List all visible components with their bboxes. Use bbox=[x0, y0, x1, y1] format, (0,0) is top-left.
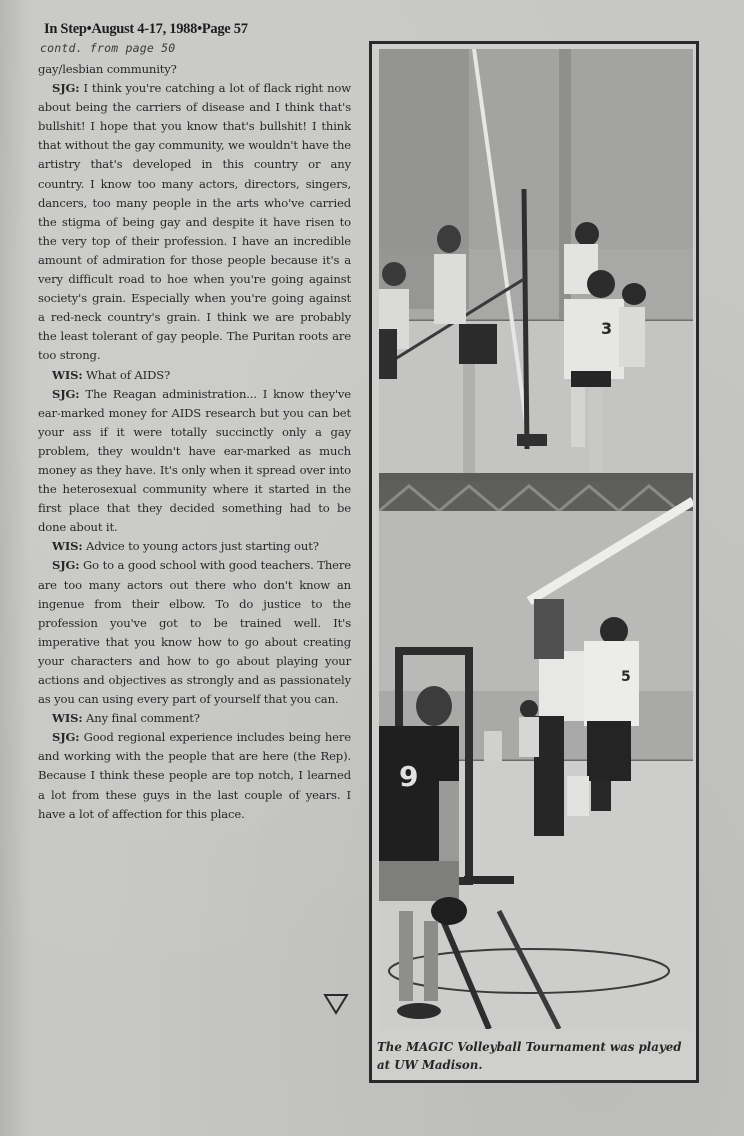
paragraph-text: The Reagan administration... I know they… bbox=[38, 387, 351, 535]
speaker-label: SJG: bbox=[52, 730, 79, 744]
svg-text:9: 9 bbox=[399, 760, 418, 793]
running-head: In Step•August 4-17, 1988•Page 57 bbox=[44, 21, 248, 38]
photo-caption: The MAGIC Volleyball Tournament was play… bbox=[377, 1038, 687, 1074]
article-paragraph: SJG: The Reagan administration... I know… bbox=[38, 385, 351, 538]
article-text-column: gay/lesbian community? SJG: I think you'… bbox=[38, 60, 351, 824]
speaker-label: WIS: bbox=[52, 539, 83, 553]
speaker-label: SJG: bbox=[52, 81, 79, 95]
article-paragraph: SJG: Go to a good school with good teach… bbox=[38, 556, 351, 709]
paragraph-text: I think you're catching a lot of flack r… bbox=[38, 81, 351, 362]
paragraph-text: What of AIDS? bbox=[83, 368, 171, 382]
volleyball-photo-top: 3 bbox=[379, 49, 693, 481]
paragraph-text: Any final comment? bbox=[83, 711, 200, 725]
speaker-label: WIS: bbox=[52, 711, 83, 725]
photo-image-icon: 5 9 bbox=[379, 481, 693, 1029]
volleyball-photo-bottom: 5 9 bbox=[379, 481, 693, 1029]
paragraph-text: Good regional experience includes being … bbox=[38, 730, 351, 820]
photo-image-icon: 3 bbox=[379, 49, 693, 481]
article-paragraph: WIS: Advice to young actors just startin… bbox=[38, 537, 351, 556]
opening-fragment: gay/lesbian community? bbox=[38, 60, 351, 79]
speaker-label: SJG: bbox=[52, 387, 79, 401]
paragraph-text: Advice to young actors just starting out… bbox=[83, 539, 319, 553]
speaker-label: WIS: bbox=[52, 368, 83, 382]
paragraph-text: Go to a good school with good teachers. … bbox=[38, 558, 351, 706]
end-of-article-triangle-icon bbox=[323, 993, 349, 1015]
article-paragraph: SJG: Good regional experience includes b… bbox=[38, 728, 351, 823]
continued-from-note: contd. from page 50 bbox=[40, 41, 175, 55]
speaker-label: SJG: bbox=[52, 558, 79, 572]
photo-box: 3 bbox=[369, 41, 699, 1083]
article-paragraph: WIS: Any final comment? bbox=[38, 709, 351, 728]
article-paragraph: SJG: I think you're catching a lot of fl… bbox=[38, 79, 351, 365]
svg-text:5: 5 bbox=[621, 669, 631, 685]
article-paragraph: WIS: What of AIDS? bbox=[38, 366, 351, 385]
svg-text:3: 3 bbox=[601, 319, 612, 338]
